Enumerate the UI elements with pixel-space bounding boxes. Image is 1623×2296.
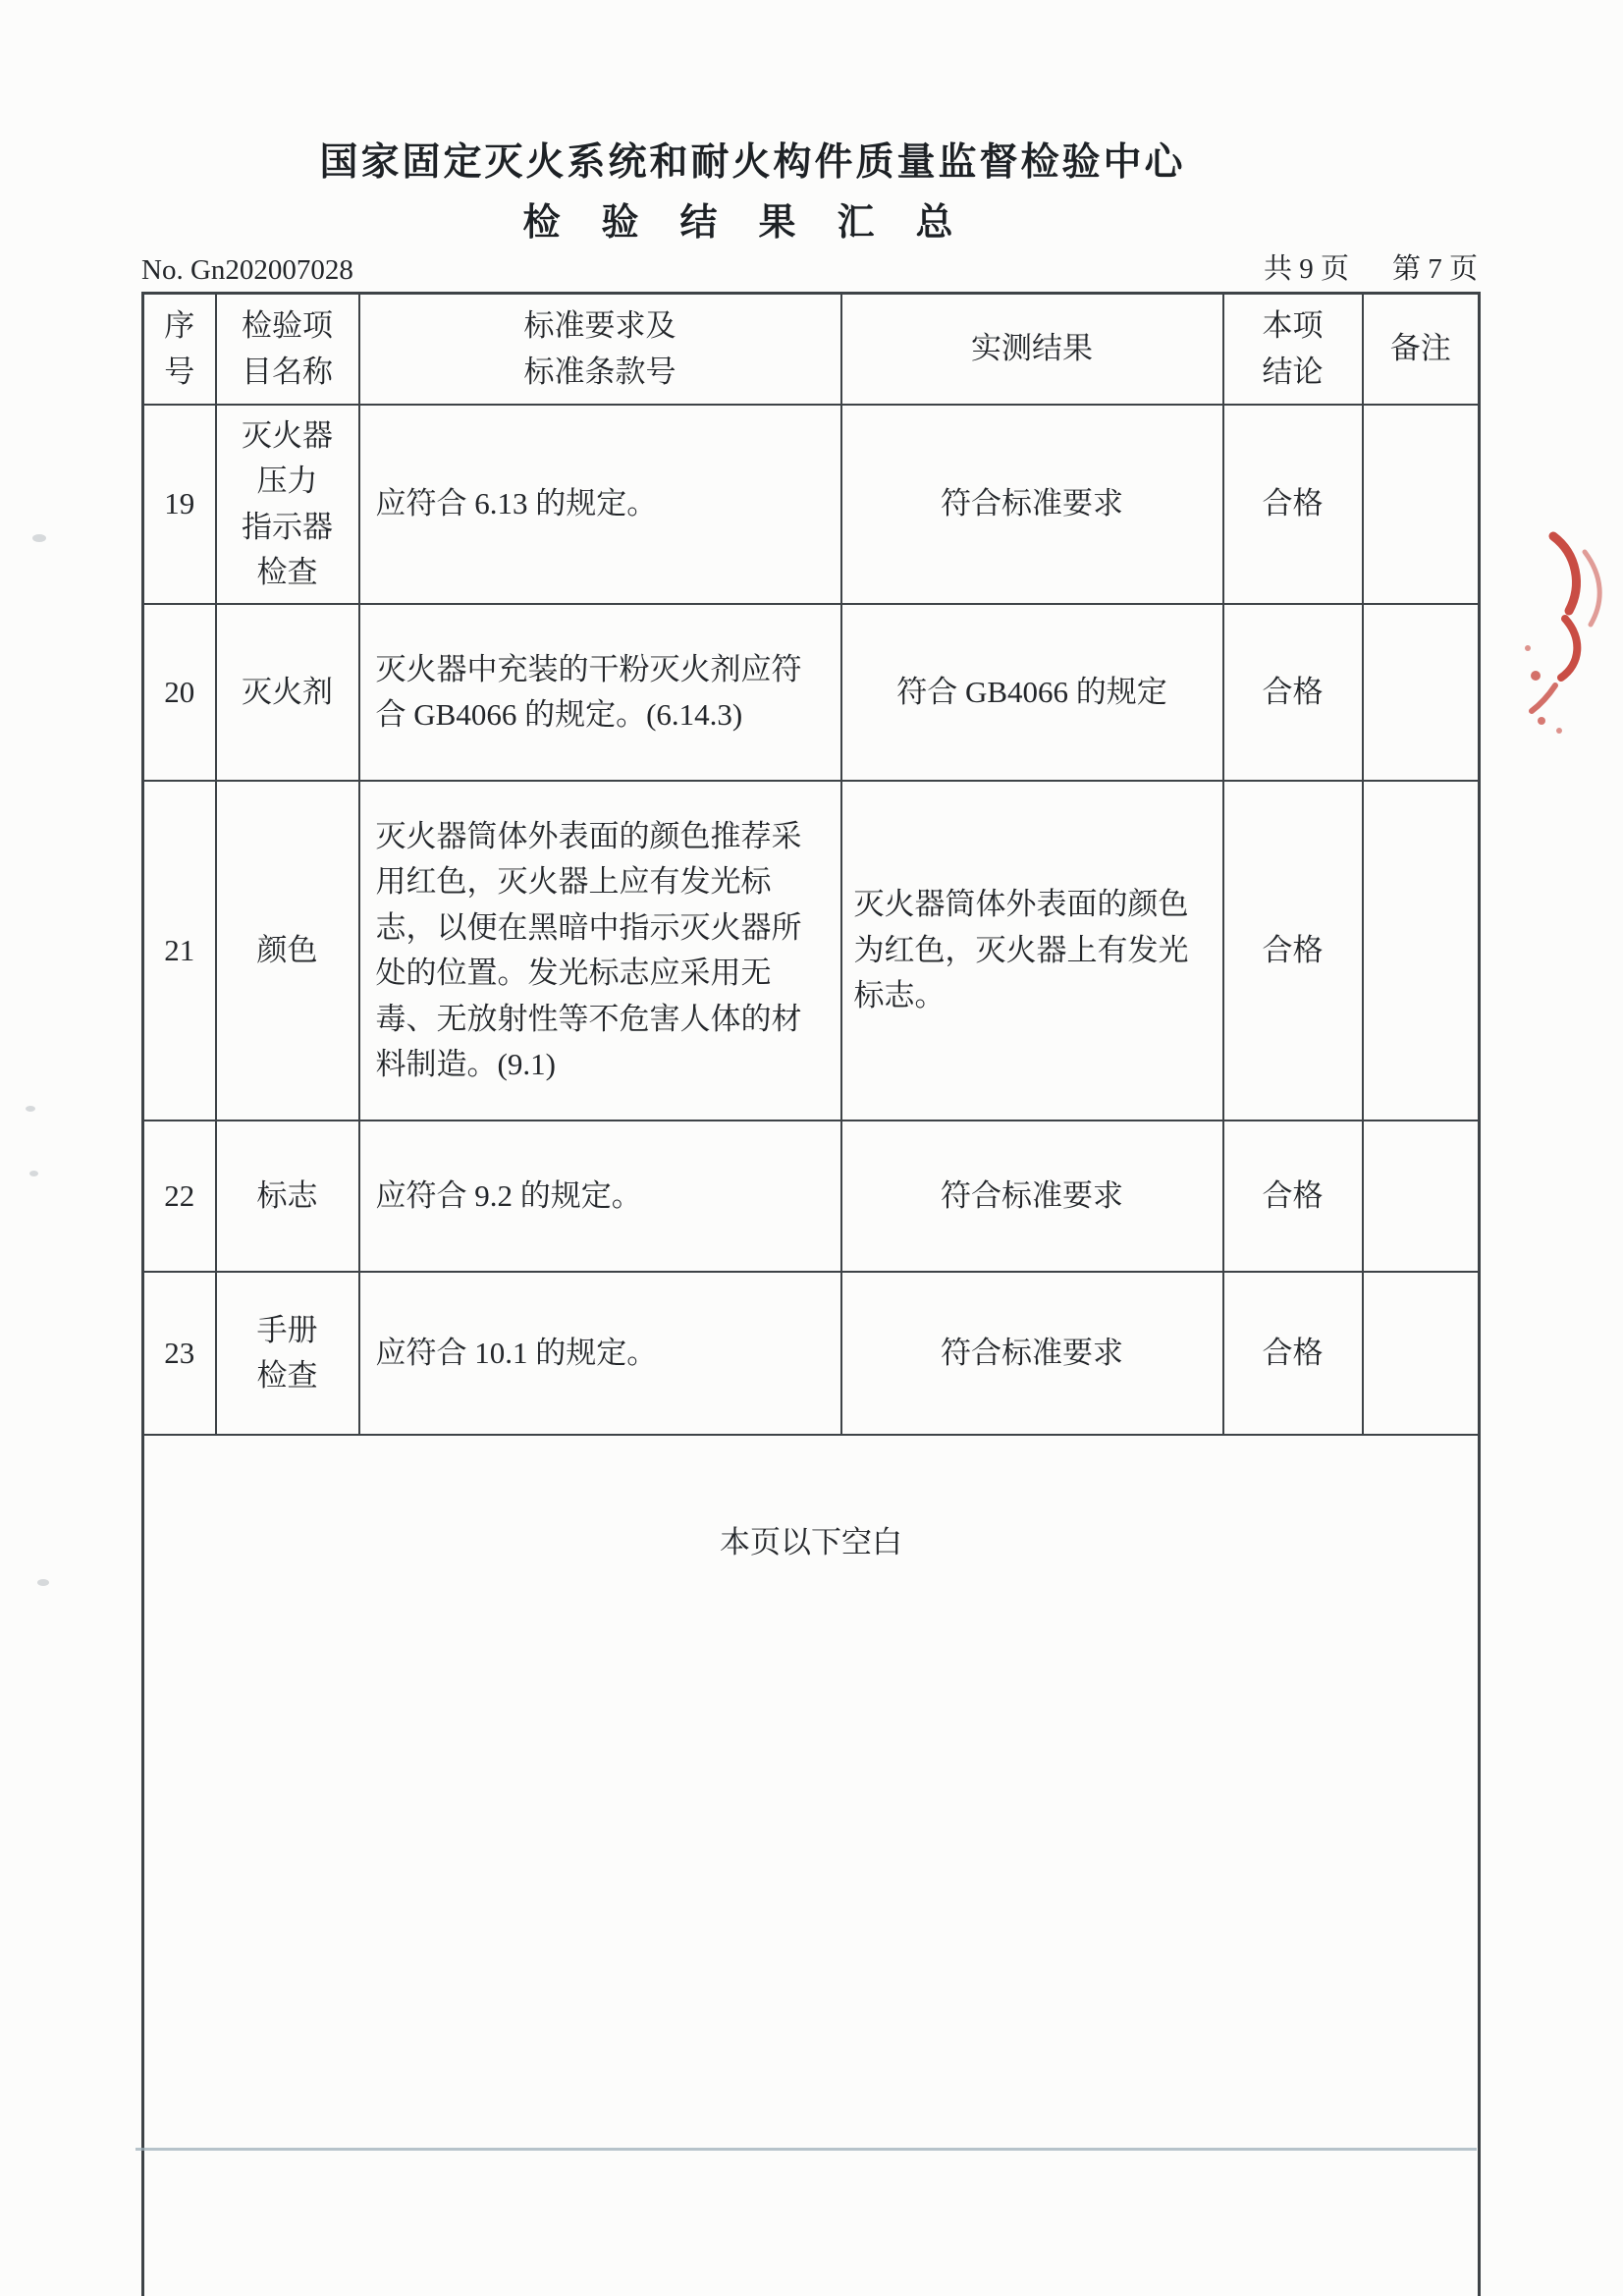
table-row: 21 颜色 灭火器筒体外表面的颜色推荐采用红色，灭火器上应有发光标志，以便在黑暗… <box>143 781 1480 1121</box>
scan-speck <box>32 534 46 542</box>
scanned-report-page: 国家固定灭火系统和耐火构件质量监督检验中心 检验结果汇总 No. Gn20200… <box>0 0 1623 2296</box>
row-22-no: 22 <box>143 1121 216 1272</box>
scan-speck <box>29 1171 38 1176</box>
current-page: 第 7 页 <box>1392 246 1478 287</box>
scan-speck <box>37 1579 49 1586</box>
row-20-conclusion: 合格 <box>1223 604 1363 781</box>
table-row: 22 标志 应符合 9.2 的规定。 符合标准要求 合格 <box>143 1121 1480 1272</box>
row-22-remark <box>1363 1121 1480 1272</box>
row-21-item: 颜色 <box>216 781 359 1121</box>
col-header-remark: 备注 <box>1363 294 1480 406</box>
row-23-result: 符合标准要求 <box>841 1272 1223 1435</box>
row-21-result: 灭火器筒体外表面的颜色为红色，灭火器上有发光标志。 <box>841 781 1223 1121</box>
col-header-result: 实测结果 <box>841 294 1223 406</box>
row-22-item: 标志 <box>216 1121 359 1272</box>
table-header-row: 序 号 检验项 目名称 标准要求及 标准条款号 实测结果 本项 结论 备注 <box>143 294 1480 406</box>
meta-row: No. Gn202007028 共 9 页 第 7 页 <box>141 246 1478 287</box>
row-21-remark <box>1363 781 1480 1121</box>
row-23-no: 23 <box>143 1272 216 1435</box>
row-19-item: 灭火器 压力 指示器 检查 <box>216 405 359 604</box>
row-21-no: 21 <box>143 781 216 1121</box>
row-19-conclusion: 合格 <box>1223 405 1363 604</box>
col-header-conclusion: 本项 结论 <box>1223 294 1363 406</box>
page-indicator: 共 9 页 第 7 页 <box>1264 246 1478 287</box>
results-table: 序 号 检验项 目名称 标准要求及 标准条款号 实测结果 本项 结论 备注 19… <box>141 292 1481 2296</box>
row-20-no: 20 <box>143 604 216 781</box>
row-21-requirement: 灭火器筒体外表面的颜色推荐采用红色，灭火器上应有发光标志，以便在黑暗中指示灭火器… <box>359 781 841 1121</box>
row-19-result: 符合标准要求 <box>841 405 1223 604</box>
row-23-conclusion: 合格 <box>1223 1272 1363 1435</box>
table-footer-row: 本页以下空白 <box>143 1435 1480 2296</box>
page-title: 国家固定灭火系统和耐火构件质量监督检验中心 <box>0 132 1505 187</box>
table-row: 20 灭火剂 灭火器中充装的干粉灭火剂应符合 GB4066 的规定。(6.14.… <box>143 604 1480 781</box>
row-20-requirement: 灭火器中充装的干粉灭火剂应符合 GB4066 的规定。(6.14.3) <box>359 604 841 781</box>
col-header-item: 检验项 目名称 <box>216 294 359 406</box>
table-row: 23 手册 检查 应符合 10.1 的规定。 符合标准要求 合格 <box>143 1272 1480 1435</box>
row-19-remark <box>1363 405 1480 604</box>
row-22-result: 符合标准要求 <box>841 1121 1223 1272</box>
row-21-conclusion: 合格 <box>1223 781 1363 1121</box>
report-number: No. Gn202007028 <box>141 254 353 287</box>
scan-speck <box>26 1106 35 1112</box>
row-20-item: 灭火剂 <box>216 604 359 781</box>
total-pages: 共 9 页 <box>1264 246 1349 287</box>
row-19-requirement: 应符合 6.13 的规定。 <box>359 405 841 604</box>
col-header-no: 序 号 <box>143 294 216 406</box>
scan-shadow-line <box>135 2148 1477 2151</box>
blank-below-note: 本页以下空白 <box>143 1435 1480 2296</box>
row-20-remark <box>1363 604 1480 781</box>
row-20-result: 符合 GB4066 的规定 <box>841 604 1223 781</box>
row-19-no: 19 <box>143 405 216 604</box>
page-subtitle: 检验结果汇总 <box>0 191 1476 246</box>
red-stamp-fragment <box>1520 528 1618 739</box>
row-22-conclusion: 合格 <box>1223 1121 1363 1272</box>
row-23-remark <box>1363 1272 1480 1435</box>
col-header-requirement: 标准要求及 标准条款号 <box>359 294 841 406</box>
row-22-requirement: 应符合 9.2 的规定。 <box>359 1121 841 1272</box>
row-23-requirement: 应符合 10.1 的规定。 <box>359 1272 841 1435</box>
table-row: 19 灭火器 压力 指示器 检查 应符合 6.13 的规定。 符合标准要求 合格 <box>143 405 1480 604</box>
row-23-item: 手册 检查 <box>216 1272 359 1435</box>
